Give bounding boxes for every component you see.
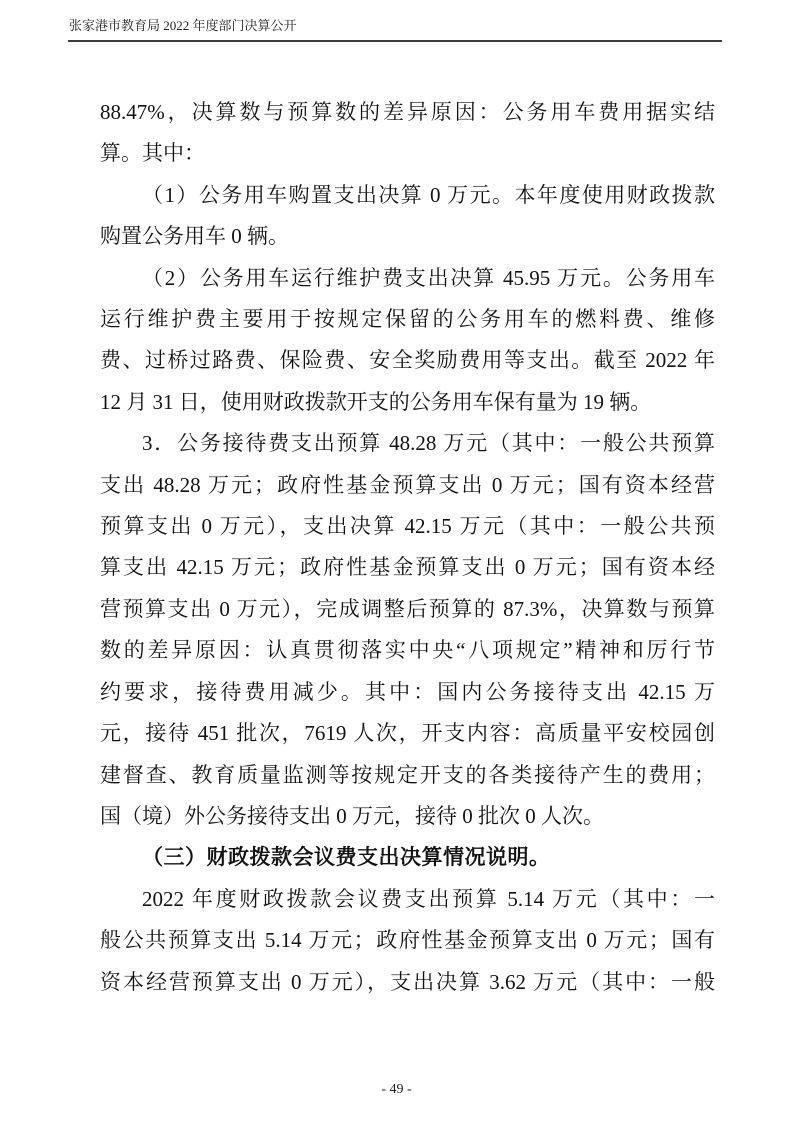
text-line: 国（境）外公务接待支出 0 万元，接待 0 批次 0 人次。 xyxy=(100,796,715,837)
document-body: 88.47%，决算数与预算数的差异原因：公务用车费用据实结算。其中：（1）公务用… xyxy=(100,92,715,1003)
text-line: 元，接待 451 批次，7619 人次，开支内容：高质量平安校园创 xyxy=(100,713,715,754)
text-line: 3．公务接待费支出预算 48.28 万元（其中：一般公共预算 xyxy=(100,423,715,464)
text-line: 12 月 31 日，使用财政拨款开支的公务用车保有量为 19 辆。 xyxy=(100,382,715,423)
text-line: （1）公务用车购置支出决算 0 万元。本年度使用财政拨款 xyxy=(100,175,715,216)
text-line: 数的差异原因：认真贯彻落实中央“八项规定”精神和厉行节 xyxy=(100,630,715,671)
text-line: 运行维护费主要用于按规定保留的公务用车的燃料费、维修 xyxy=(100,299,715,340)
text-line: 约要求，接待费用减少。其中：国内公务接待支出 42.15 万 xyxy=(100,672,715,713)
paragraph: 88.47%，决算数与预算数的差异原因：公务用车费用据实结算。其中： xyxy=(100,92,715,175)
text-line: 2022 年度财政拨款会议费支出预算 5.14 万元（其中：一 xyxy=(100,879,715,920)
text-line: （2）公务用车运行维护费支出决算 45.95 万元。公务用车 xyxy=(100,258,715,299)
text-line: 算。其中： xyxy=(100,133,715,174)
text-line: 般公共预算支出 5.14 万元；政府性基金预算支出 0 万元；国有 xyxy=(100,920,715,961)
text-line: 购置公务用车 0 辆。 xyxy=(100,216,715,257)
text-line: 营预算支出 0 万元），完成调整后预算的 87.3%，决算数与预算 xyxy=(100,589,715,630)
text-line: （三）财政拨款会议费支出决算情况说明。 xyxy=(100,837,715,878)
header-divider-rule xyxy=(68,40,722,42)
text-line: 88.47%，决算数与预算数的差异原因：公务用车费用据实结 xyxy=(100,92,715,133)
section-heading: （三）财政拨款会议费支出决算情况说明。 xyxy=(100,837,715,878)
text-line: 建督查、教育质量监测等按规定开支的各类接待产生的费用； xyxy=(100,755,715,796)
text-line: 预算支出 0 万元），支出决算 42.15 万元（其中：一般公共预 xyxy=(100,506,715,547)
text-line: 资本经营预算支出 0 万元），支出决算 3.62 万元（其中：一般 xyxy=(100,962,715,1003)
paragraph: 2022 年度财政拨款会议费支出预算 5.14 万元（其中：一般公共预算支出 5… xyxy=(100,879,715,1003)
page-header-title: 张家港市教育局 2022 年度部门决算公开 xyxy=(69,18,297,34)
document-page: 张家港市教育局 2022 年度部门决算公开 88.47%，决算数与预算数的差异原… xyxy=(0,0,793,1122)
page-number: - 49 - xyxy=(0,1082,793,1098)
text-line: 支出 48.28 万元；政府性基金预算支出 0 万元；国有资本经营 xyxy=(100,465,715,506)
paragraph: （2）公务用车运行维护费支出决算 45.95 万元。公务用车运行维护费主要用于按… xyxy=(100,258,715,424)
text-line: 费、过桥过路费、保险费、安全奖励费用等支出。截至 2022 年 xyxy=(100,340,715,381)
text-line: 算支出 42.15 万元；政府性基金预算支出 0 万元；国有资本经 xyxy=(100,547,715,588)
paragraph: （1）公务用车购置支出决算 0 万元。本年度使用财政拨款购置公务用车 0 辆。 xyxy=(100,175,715,258)
paragraph: 3．公务接待费支出预算 48.28 万元（其中：一般公共预算支出 48.28 万… xyxy=(100,423,715,837)
